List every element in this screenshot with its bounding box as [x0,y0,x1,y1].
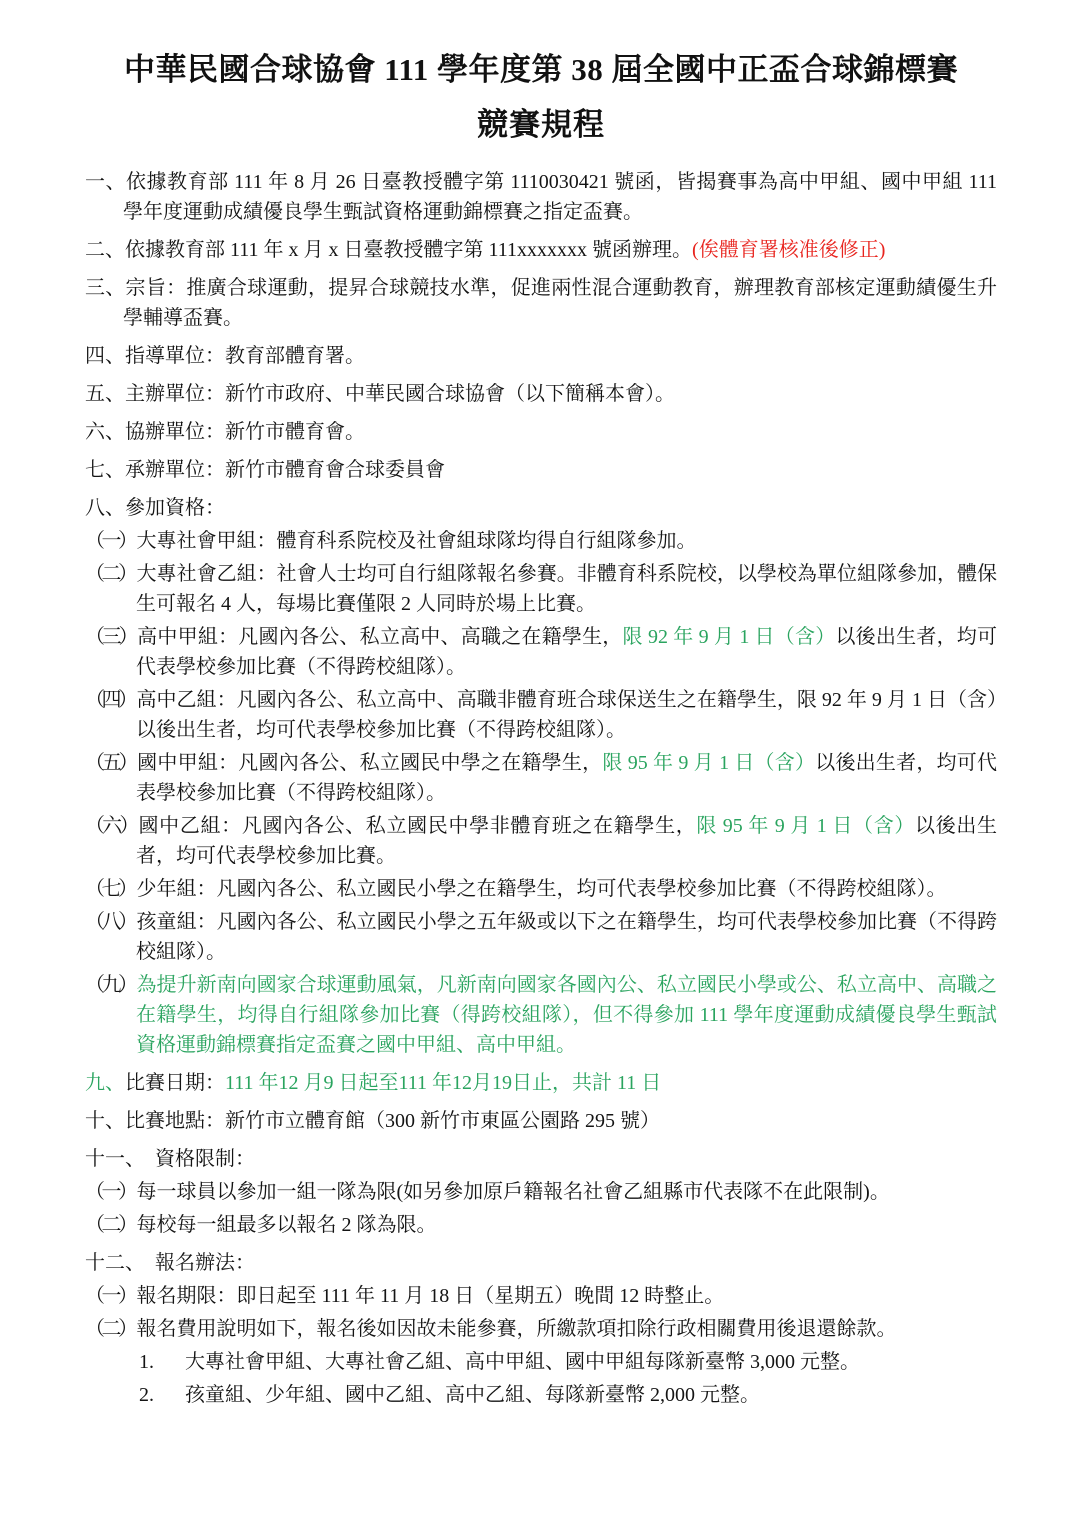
text-segment: 限 92 年 9 月 1 日（含） [623,626,836,648]
document-subtitle: 競賽規程 [85,105,997,145]
paragraph: （六）國中乙組：凡國內各公、私立國民中學非體育班之在籍學生，限 95 年 9 月… [85,811,997,871]
paragraph: 十二、 報名辦法： [85,1248,997,1278]
paragraph: （五）國中甲組：凡國內各公、私立國民中學之在籍學生，限 95 年 9 月 1 日… [85,748,997,808]
paragraph: （四）高中乙組：凡國內各公、私立高中、高職非體育班合球保送生之在籍學生，限 92… [85,685,997,745]
list-marker: （四） [85,689,135,711]
text-segment: 報名期限：即日起至 111 年 11 月 18 日（星期五）晚間 12 時整止。 [137,1285,725,1307]
text-segment: 大專社會甲組：體育科系院校及社會組球隊均得自行組隊參加。 [137,530,697,552]
text-segment: 承辦單位：新竹市體育會合球委員會 [125,459,445,481]
text-segment: 高中甲組：凡國內各公、私立高中、高職之在籍學生， [137,626,622,648]
list-marker: 三、 [85,277,126,299]
paragraph: 三、宗旨：推廣合球運動，提昇合球競技水準，促進兩性混合運動教育，辦理教育部核定運… [85,273,997,333]
list-marker: 八、 [85,497,125,519]
list-marker: （一） [85,1181,135,1203]
text-segment: 依據教育部 111 年 8 月 26 日臺教授體字第 1110030421 號函… [123,171,997,223]
text-segment: 參加資格： [125,497,225,519]
list-marker: 四、 [85,345,125,367]
list-marker: 十、 [85,1110,125,1132]
document-body: 一、依據教育部 111 年 8 月 26 日臺教授體字第 1110030421 … [85,167,997,1410]
paragraph: （二）每校每一組最多以報名 2 隊為限。 [85,1210,997,1240]
paragraph: 六、協辦單位：新竹市體育會。 [85,417,997,447]
paragraph: 1.大專社會甲組、大專社會乙組、高中甲組、國中甲組每隊新臺幣 3,000 元整。 [85,1347,997,1377]
text-segment: 為提升新南向國家合球運動風氣，凡新南向國家各國內公、私立國民小學或公、私立高中、… [136,974,997,1056]
list-marker: （九） [85,974,135,996]
paragraph: （八）孩童組：凡國內各公、私立國民小學之五年級或以下之在籍學生，均可代表學校參加… [85,907,997,967]
paragraph: 十一、 資格限制： [85,1144,997,1174]
text-segment: 大專社會乙組：社會人士均可自行組隊報名參賽。非體育科系院校，以學校為單位組隊參加… [136,563,997,615]
text-segment: 111 年12 月9 日起至111 年12月19日止，共計 11 日 [225,1072,661,1094]
text-segment: 主辦單位：新竹市政府、中華民國合球協會（以下簡稱本會）。 [125,383,675,405]
list-marker: 七、 [85,459,125,481]
paragraph: 四、指導單位：教育部體育署。 [85,341,997,371]
list-marker: （二） [85,1214,135,1236]
list-marker: 2. [139,1380,185,1410]
text-segment: 每一球員以參加一組一隊為限(如另參加原戶籍報名社會乙組縣市代表隊不在此限制)。 [137,1181,890,1203]
list-marker: （六） [85,815,137,837]
text-segment: 國中甲組：凡國內各公、私立國民中學之在籍學生， [137,752,602,774]
paragraph: （九）為提升新南向國家合球運動風氣，凡新南向國家各國內公、私立國民小學或公、私立… [85,970,997,1060]
list-marker: 一、 [85,171,126,193]
list-marker: 二、 [85,239,125,261]
list-marker: （七） [85,878,135,900]
text-segment: 少年組：凡國內各公、私立國民小學之在籍學生，均可代表學校參加比賽（不得跨校組隊）… [137,878,947,900]
paragraph: 一、依據教育部 111 年 8 月 26 日臺教授體字第 1110030421 … [85,167,997,227]
list-marker: （五） [85,752,135,774]
paragraph: （二）大專社會乙組：社會人士均可自行組隊報名參賽。非體育科系院校，以學校為單位組… [85,559,997,619]
document-title: 中華民國合球協會 111 學年度第 38 屆全國中正盃合球錦標賽 [85,48,997,93]
paragraph: 十、比賽地點：新竹市立體育館（300 新竹市東區公園路 295 號） [85,1106,997,1136]
paragraph: （三）高中甲組：凡國內各公、私立高中、高職之在籍學生，限 92 年 9 月 1 … [85,622,997,682]
list-marker: （一） [85,530,135,552]
list-marker: 1. [139,1347,185,1377]
text-segment: (俟體育署核准後修正) [692,239,885,261]
paragraph: 九、比賽日期：111 年12 月9 日起至111 年12月19日止，共計 11 … [85,1068,997,1098]
paragraph: 二、依據教育部 111 年 x 月 x 日臺教授體字第 111xxxxxxx 號… [85,235,997,265]
list-marker: 六、 [85,421,125,443]
paragraph: （七）少年組：凡國內各公、私立國民小學之在籍學生，均可代表學校參加比賽（不得跨校… [85,874,997,904]
text-segment: 指導單位：教育部體育署。 [125,345,365,367]
paragraph: （一）報名期限：即日起至 111 年 11 月 18 日（星期五）晚間 12 時… [85,1281,997,1311]
paragraph: 五、主辦單位：新竹市政府、中華民國合球協會（以下簡稱本會）。 [85,379,997,409]
document-page: 中華民國合球協會 111 學年度第 38 屆全國中正盃合球錦標賽 競賽規程 一、… [0,0,1077,1523]
text-segment: 協辦單位：新竹市體育會。 [125,421,365,443]
paragraph: （一）每一球員以參加一組一隊為限(如另參加原戶籍報名社會乙組縣市代表隊不在此限制… [85,1177,997,1207]
list-marker: （八） [85,911,135,933]
text-segment: 限 95 年 9 月 1 日（含） [696,815,915,837]
list-marker: （一） [85,1285,135,1307]
text-segment: 國中乙組：凡國內各公、私立國民中學非體育班之在籍學生， [139,815,697,837]
text-segment: 宗旨：推廣合球運動，提昇合球競技水準，促進兩性混合運動教育，辦理教育部核定運動績… [123,277,997,329]
list-marker: （二） [85,563,135,585]
text-segment: 依據教育部 111 年 x 月 x 日臺教授體字第 111xxxxxxx 號函辦… [125,239,692,261]
list-marker: 九、 [85,1072,125,1094]
text-segment: 報名費用說明如下，報名後如因故未能參賽，所繳款項扣除行政相關費用後退還餘款。 [137,1318,897,1340]
text-segment: 報名辦法： [155,1252,255,1274]
list-marker: 十二、 [85,1252,155,1274]
text-segment: 大專社會甲組、大專社會乙組、高中甲組、國中甲組每隊新臺幣 3,000 元整。 [185,1351,860,1373]
list-marker: 五、 [85,383,125,405]
text-segment: 孩童組、少年組、國中乙組、高中乙組、每隊新臺幣 2,000 元整。 [185,1384,760,1406]
text-segment: 每校每一組最多以報名 2 隊為限。 [137,1214,437,1236]
paragraph: 八、參加資格： [85,493,997,523]
text-segment: 比賽地點：新竹市立體育館（300 新竹市東區公園路 295 號） [125,1110,660,1132]
paragraph: （二）報名費用說明如下，報名後如因故未能參賽，所繳款項扣除行政相關費用後退還餘款… [85,1314,997,1344]
paragraph: 七、承辦單位：新竹市體育會合球委員會 [85,455,997,485]
list-marker: （二） [85,1318,135,1340]
text-segment: 高中乙組：凡國內各公、私立高中、高職非體育班合球保送生之在籍學生，限 92 年 … [136,689,997,741]
paragraph: 2.孩童組、少年組、國中乙組、高中乙組、每隊新臺幣 2,000 元整。 [85,1380,997,1410]
list-marker: （三） [85,626,135,648]
list-marker: 十一、 [85,1148,155,1170]
text-segment: 限 95 年 9 月 1 日（含） [602,752,815,774]
text-segment: 孩童組：凡國內各公、私立國民小學之五年級或以下之在籍學生，均可代表學校參加比賽（… [136,911,997,963]
paragraph: （一）大專社會甲組：體育科系院校及社會組球隊均得自行組隊參加。 [85,526,997,556]
text-segment: 比賽日期： [125,1072,225,1094]
text-segment: 資格限制： [155,1148,255,1170]
